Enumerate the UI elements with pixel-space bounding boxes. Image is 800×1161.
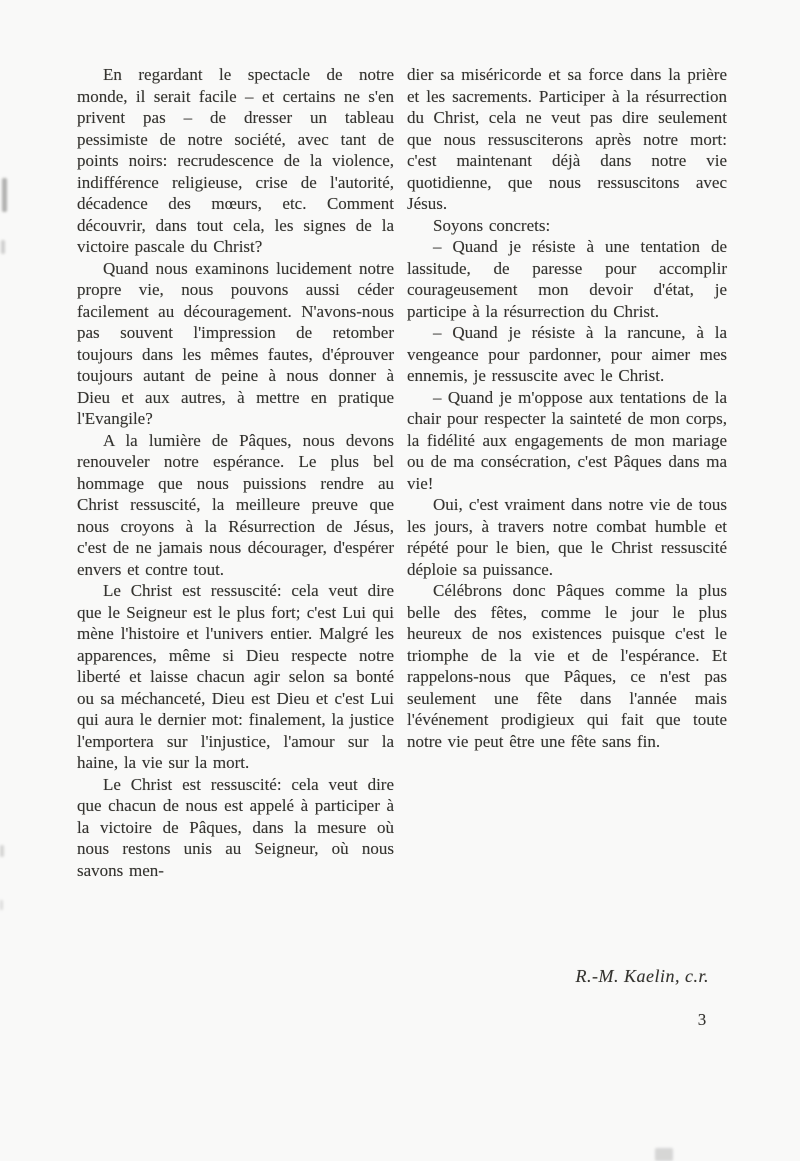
scanned-page: En regardant le spectacle de notre monde…	[0, 0, 800, 1161]
left-column: En regardant le spectacle de notre monde…	[77, 64, 394, 881]
scan-artifact	[655, 1148, 673, 1161]
paragraph: Soyons concrets:	[407, 215, 727, 237]
paragraph: Célébrons donc Pâques comme la plus bell…	[407, 580, 727, 752]
paragraph: A la lumière de Pâques, nous devons reno…	[77, 430, 394, 581]
right-column: dier sa miséricorde et sa force dans la …	[407, 64, 727, 752]
paragraph: dier sa miséricorde et sa force dans la …	[407, 64, 727, 215]
list-item-paragraph: – Quand je résiste à une tentation de la…	[407, 236, 727, 322]
list-item-paragraph: – Quand je m'oppose aux tentations de la…	[407, 387, 727, 495]
list-item-paragraph: – Quand je résiste à la rancune, à la ve…	[407, 322, 727, 387]
page-number: 3	[690, 1010, 714, 1030]
paragraph: En regardant le spectacle de notre monde…	[77, 64, 394, 258]
scan-artifact	[1, 240, 5, 254]
scan-artifact	[2, 178, 7, 212]
scan-artifact	[0, 900, 3, 910]
paragraph: Le Christ est ressuscité: cela veut dire…	[77, 774, 394, 882]
paragraph: Oui, c'est vraiment dans notre vie de to…	[407, 494, 727, 580]
paragraph: Quand nous examinons lucidement notre pr…	[77, 258, 394, 430]
scan-artifact	[0, 845, 4, 857]
paragraph: Le Christ est ressuscité: cela veut dire…	[77, 580, 394, 774]
author-signature: R.-M. Kaelin, c.r.	[407, 966, 709, 987]
